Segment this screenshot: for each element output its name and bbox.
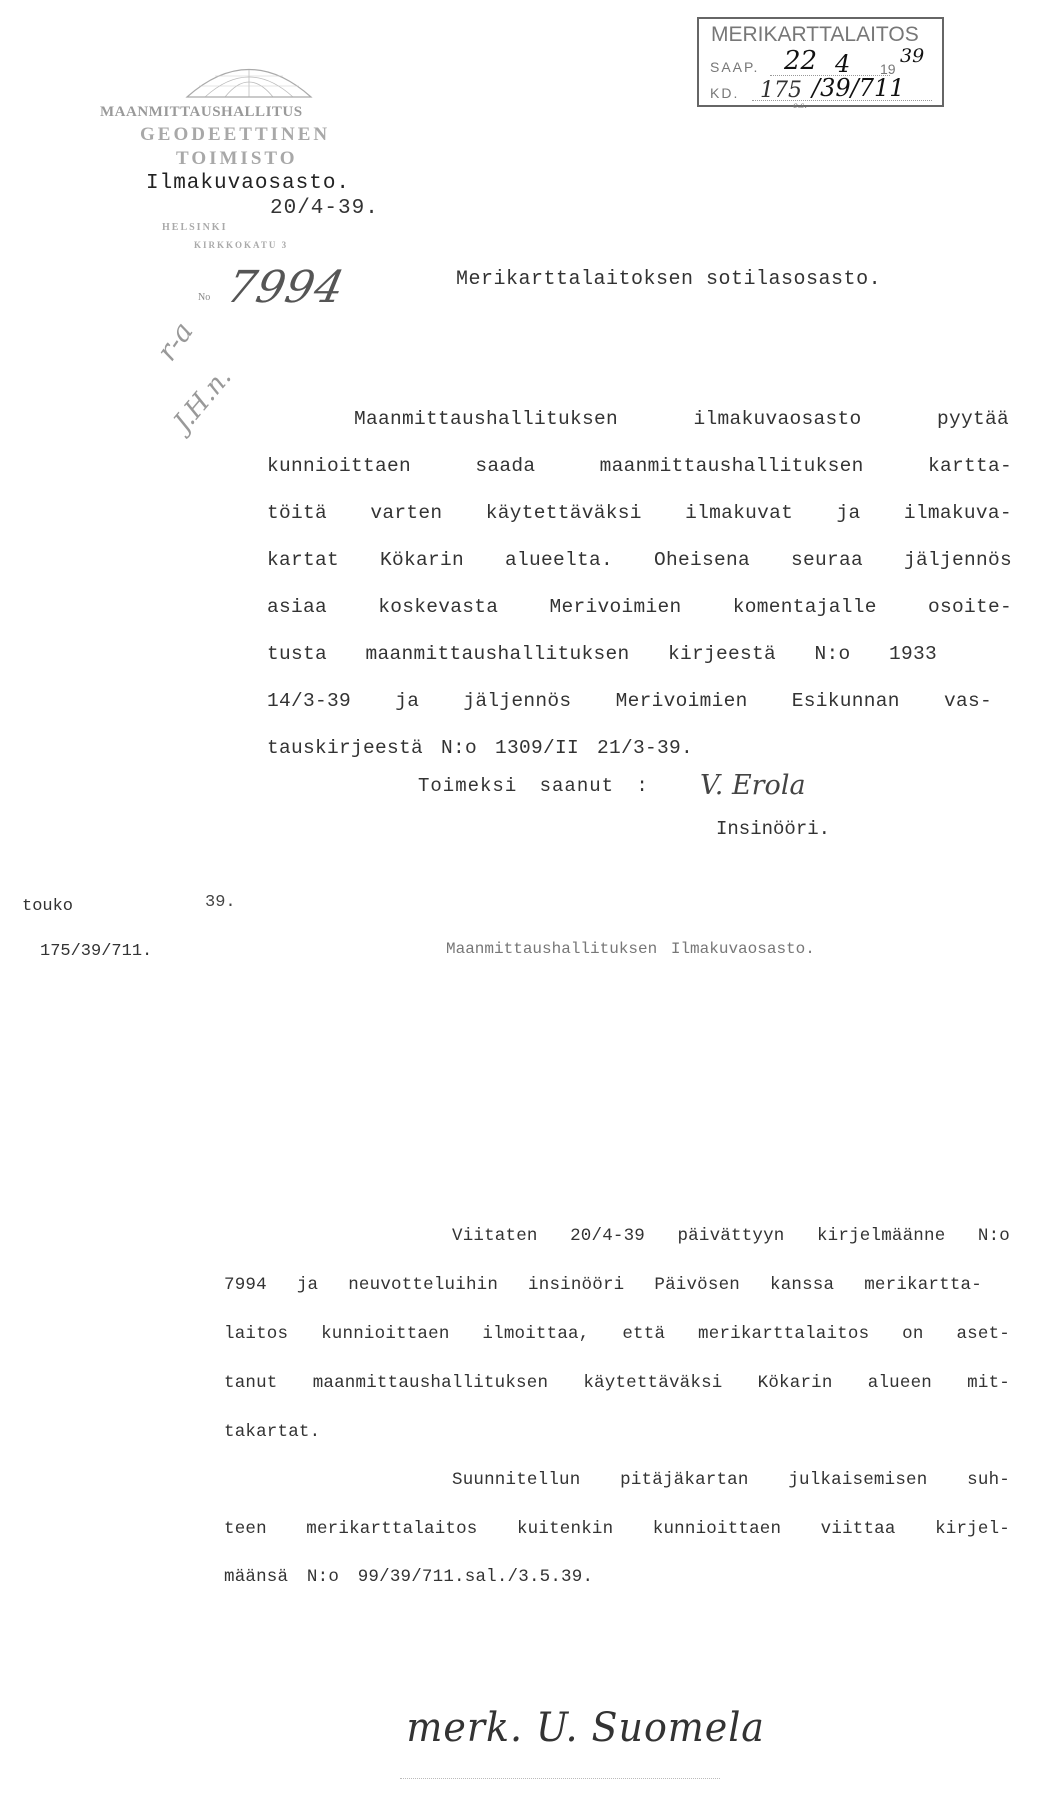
reply-line: tanutmaanmittaushallituksenkäytettäväksi… [224,1373,1010,1393]
letter-line: kunnioittaensaadamaanmittaushallituksenk… [267,455,1012,477]
word: Esikunnan [792,690,900,712]
word: suh- [967,1470,1010,1490]
globe-icon [185,62,313,98]
word: jäljennös [904,549,1012,571]
department: Ilmakuvaosasto. [146,172,350,195]
word: viittaa [821,1519,896,1539]
letter-line: asiaakoskevastaMerivoimienkomentajalleos… [267,596,1012,618]
org-subunit: GEODEETTINEN [140,124,330,146]
word: kunnioittaen [321,1324,449,1344]
word: Kökarin [758,1373,833,1393]
word: vas- [944,690,992,712]
word: kartta- [928,455,1012,477]
word: merikarttalaitos [698,1324,869,1344]
letter-line: töitävartenkäytettäväksiilmakuvatjailmak… [267,502,1012,524]
letter-line: Maanmittaushallituksenilmakuvaosastopyyt… [354,408,1009,430]
word: ilmoittaa, [482,1324,589,1344]
word: Kökarin [380,549,464,571]
word: Päivösen [654,1275,740,1295]
word: osoite- [928,596,1012,618]
letter-number: 7994 [223,262,350,313]
word: tusta [267,643,327,665]
stamp-title: MERIKARTTALAITOS [711,23,919,47]
word: kartat [267,549,339,571]
word: maanmittaushallituksen [365,643,629,665]
city: HELSINKI [162,222,227,233]
word: Viitaten [452,1226,538,1246]
street-address: KIRKKOKATU 3 [194,240,288,250]
reply-signature: merk. U. Suomela [406,1705,764,1751]
word: koskevasta [378,596,498,618]
stamp-kd-reference: /39/711 [812,74,905,102]
margin-note: r-a [150,316,200,367]
org-office: TOIMISTO [176,148,298,170]
word: kirjel- [935,1519,1010,1539]
word: töitä [267,502,327,524]
word: seuraa [791,549,863,571]
reply-year: 39. [205,893,236,912]
word: N:o [978,1226,1010,1246]
word: ilmakuvaosasto [694,408,862,430]
word: Suunnitellun [452,1470,580,1490]
word: merikarttalaitos [306,1519,477,1539]
word: 7994 [224,1275,267,1295]
number-label: No [198,292,210,303]
letter-line: tauskirjeestä N:o 1309/II 21/3-39. [267,737,693,759]
reply-line: laitoskunnioittaenilmoittaa,ettämerikart… [224,1324,1010,1344]
reply-line: määnsä N:o 99/39/711.sal./3.5.39. [224,1567,593,1587]
word: alueen [868,1373,932,1393]
word: pitäjäkartan [620,1470,748,1490]
word: alueelta. [505,549,613,571]
word: kunnioittaen [267,455,411,477]
word: N:o [815,643,851,665]
word: varten [370,502,442,524]
word: laitos [224,1324,288,1344]
word: 14/3-39 [267,690,351,712]
reply-line: Viitaten20/4-39päivättyynkirjelmäänneN:o [452,1226,1010,1246]
margin-note-initials: J.H.n. [168,362,238,437]
word: että [622,1324,665,1344]
word: aset- [956,1324,1010,1344]
word: asiaa [267,596,327,618]
word: ilmakuvat [685,502,793,524]
word: kuitenkin [517,1519,613,1539]
word: 20/4-39 [570,1226,645,1246]
letter-line: tustamaanmittaushallituksenkirjeestäN:o1… [267,643,937,665]
word: kirjeestä [668,643,776,665]
letter-line: kartatKökarinalueelta.Oheisenaseuraajälj… [267,549,1012,571]
word: käytettäväksi [486,502,642,524]
word: ja [297,1275,318,1295]
word: 1933 [889,643,937,665]
word: neuvotteluihin [348,1275,498,1295]
stamp-received-label: SAAP. [710,59,759,75]
word: teen [224,1519,267,1539]
word: kirjelmäänne [817,1226,945,1246]
signature-line [400,1778,720,1779]
letter-date: 20/4-39. [270,197,379,220]
word: tanut [224,1373,278,1393]
word: kunnioittaen [653,1519,781,1539]
org-name: MAANMITTAUSHALLITUS [100,104,303,121]
stamp-kd-label: KD. [710,85,739,101]
reply-recipient: Maanmittaushallituksen Ilmakuvaosasto. [446,940,815,958]
word: pyytää [937,408,1009,430]
reply-line: teenmerikarttalaitoskuitenkinkunnioittae… [224,1519,1010,1539]
word: jäljennös [463,690,571,712]
reply-month: touko [22,897,73,916]
word: kanssa [770,1275,834,1295]
reply-line: Suunnitellunpitäjäkartanjulkaisemisensuh… [452,1470,1010,1490]
stamp-kd-number: 175 [760,78,802,103]
word: käytettäväksi [583,1373,722,1393]
word: komentajalle [733,596,877,618]
word: julkaisemisen [788,1470,927,1490]
word: saada [475,455,535,477]
addressee: Merikarttalaitoksen sotilasosasto. [456,268,881,291]
reply-reference: 175/39/711. [40,942,152,961]
word: Merivoimien [549,596,681,618]
word: merikartta- [864,1275,982,1295]
stamp-kd-sub: e.s. [793,101,807,110]
word: insinööri [528,1275,624,1295]
letter-line: 14/3-39jajäljennösMerivoimienEsikunnanva… [267,690,992,712]
word: Merivoimien [616,690,748,712]
word: päivättyyn [677,1226,784,1246]
word: maanmittaushallituksen [313,1373,548,1393]
received-by-label: Toimeksi saanut : [418,775,649,797]
stamp-received-year: 39 [900,45,924,67]
word: ja [395,690,419,712]
word: Maanmittaushallituksen [354,408,618,430]
stamp-received-day: 22 [784,46,817,76]
word: mit- [967,1373,1010,1393]
word: maanmittaushallituksen [600,455,864,477]
reply-line: takartat. [224,1422,320,1442]
word: Oheisena [654,549,750,571]
word: on [902,1324,923,1344]
received-by-signature: V. Erola [700,770,806,801]
received-by-title: Insinööri. [716,818,830,840]
word: ja [837,502,861,524]
reply-line: 7994janeuvotteluihininsinööriPäivösenkan… [224,1275,982,1295]
word: ilmakuva- [904,502,1012,524]
